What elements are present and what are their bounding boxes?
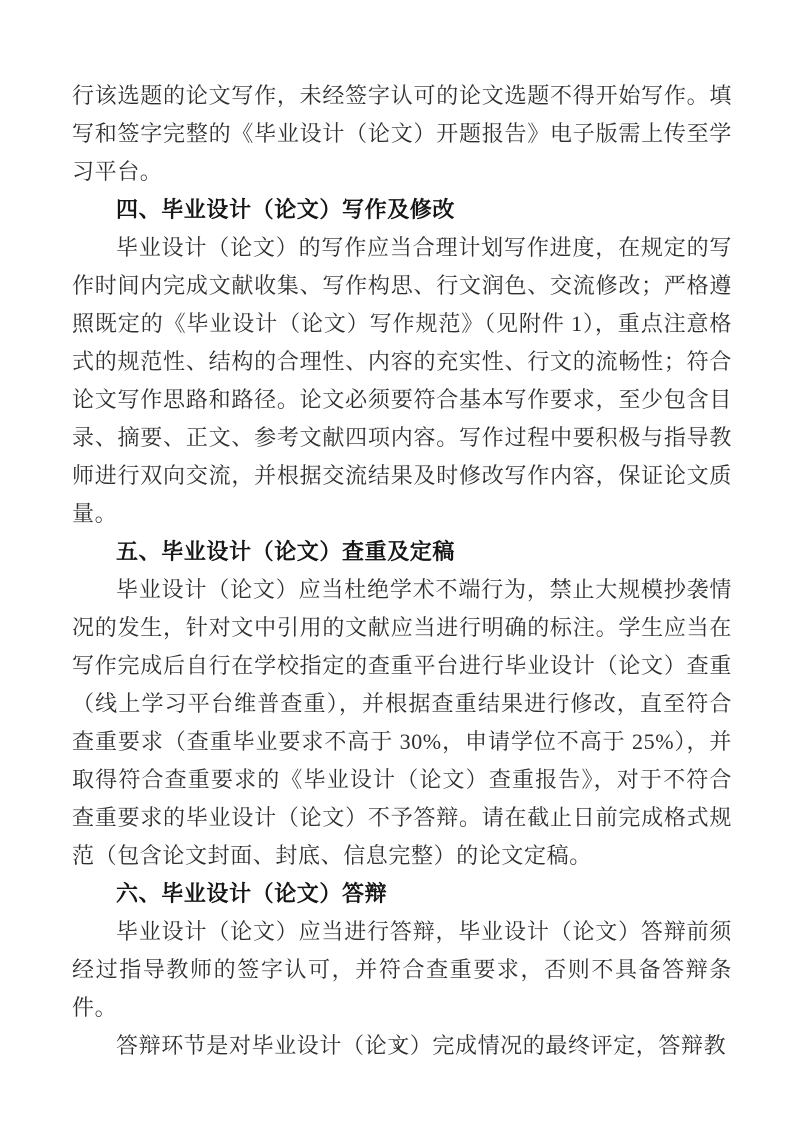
section-defense-paragraph-1: 毕业设计（论文）应当进行答辩，毕业设计（论文）答辩前须经过指导教师的签字认可，并… bbox=[72, 913, 732, 1027]
section-heading-writing-revision: 四、毕业设计（论文）写作及修改 bbox=[72, 191, 732, 229]
page-number: 3 bbox=[0, 1038, 793, 1054]
section-heading-defense: 六、毕业设计（论文）答辩 bbox=[72, 875, 732, 913]
section-writing-revision-paragraph: 毕业设计（论文）的写作应当合理计划写作进度，在规定的写作时间内完成文献收集、写作… bbox=[72, 229, 732, 533]
section-plagiarism-final-paragraph: 毕业设计（论文）应当杜绝学术不端行为，禁止大规模抄袭情况的发生，针对文中引用的文… bbox=[72, 571, 732, 875]
section-heading-plagiarism-final: 五、毕业设计（论文）查重及定稿 bbox=[72, 533, 732, 571]
paragraph-continuation: 行该选题的论文写作，未经签字认可的论文选题不得开始写作。填写和签字完整的《毕业设… bbox=[72, 77, 732, 191]
document-page: 行该选题的论文写作，未经签字认可的论文选题不得开始写作。填写和签字完整的《毕业设… bbox=[0, 0, 793, 1122]
document-body: 行该选题的论文写作，未经签字认可的论文选题不得开始写作。填写和签字完整的《毕业设… bbox=[72, 77, 732, 1065]
